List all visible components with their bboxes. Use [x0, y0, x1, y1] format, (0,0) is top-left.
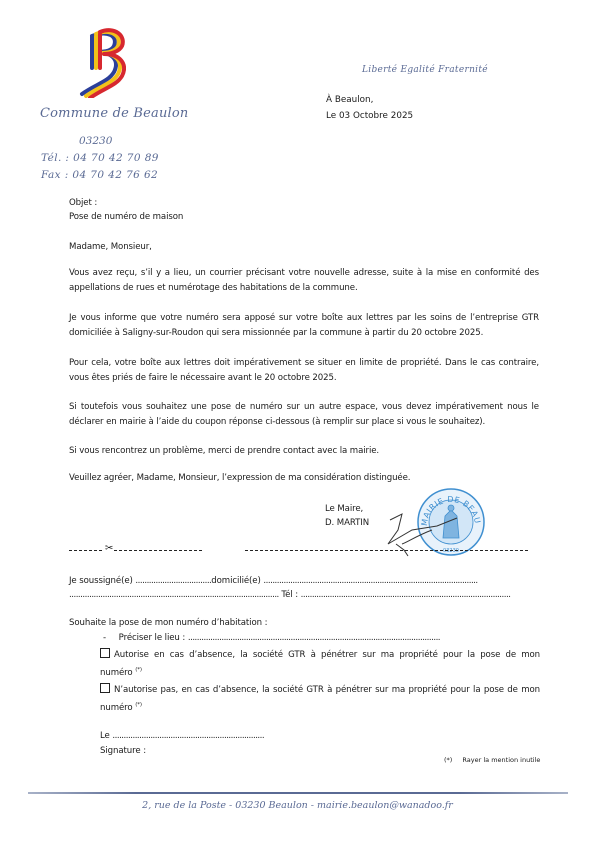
specify-location-line: - Préciser le lieu : ...................… [103, 631, 440, 646]
address-field[interactable]: ........................................… [263, 576, 477, 586]
footnote-marker: (*) [135, 667, 142, 673]
letter-place: À Beaulon, [326, 95, 373, 105]
footer-address: 2, rue de la Poste - 03230 Beaulon - mai… [0, 800, 595, 811]
commune-name: Commune de Beaulon [40, 106, 188, 121]
commune-phone: Tél. : 04 70 42 70 89 [41, 152, 159, 164]
commune-fax: Fax : 04 70 42 76 62 [41, 169, 158, 181]
paragraph-mailbox-requirement: Pour cela, votre boîte aux lettres doit … [69, 356, 539, 386]
location-field[interactable]: ........................................… [188, 633, 440, 643]
authorize-checkbox[interactable] [100, 648, 110, 658]
national-motto: Liberté Egalité Fraternité [362, 65, 488, 75]
coupon-phone-line: ........................................… [69, 588, 524, 603]
refuse-checkbox[interactable] [100, 683, 110, 693]
phone-label: Tél : [281, 590, 298, 600]
commune-postcode: 03230 [79, 135, 112, 147]
paragraph-contact: Si vous rencontrez un problème, merci de… [69, 444, 539, 459]
name-field[interactable]: .................................. [135, 576, 211, 586]
undersigned-label: Je soussigné(e) [69, 576, 133, 586]
paragraph-closing: Veuillez agréer, Madame, Monsieur, l’exp… [69, 471, 539, 486]
salutation: Madame, Monsieur, [69, 240, 152, 255]
scissors-icon: ✂ [104, 543, 114, 554]
footnote-mark: (*) [444, 756, 452, 764]
option-authorize: Autorise en cas d’absence, la société GT… [100, 648, 540, 681]
letter-date: Le 03 Octobre 2025 [326, 111, 413, 121]
bullet: - [103, 633, 106, 643]
phone-field[interactable]: ........................................… [301, 590, 511, 600]
domiciled-label: domicilié(e) [211, 576, 260, 586]
date-field[interactable]: ........................................… [112, 731, 264, 741]
coupon-name-line: Je soussigné(e) ........................… [69, 574, 478, 589]
object-text: Pose de numéro de maison [69, 210, 183, 225]
footer-rule [28, 792, 568, 794]
paragraph-received-letter: Vous avez reçu, s’il y a lieu, un courri… [69, 266, 539, 296]
cut-line-left [69, 550, 202, 551]
address-continued-field[interactable]: ........................................… [69, 590, 279, 600]
authorize-text: Autorise en cas d’absence, la société GT… [100, 650, 540, 678]
date-label: Le [100, 731, 110, 741]
specify-location-label: Préciser le lieu : [119, 633, 186, 643]
date-line: Le .....................................… [100, 729, 264, 744]
paragraph-other-location: Si toutefois vous souhaitez une pose de … [69, 400, 539, 430]
cut-line-right [245, 550, 528, 551]
signature-label: Signature : [100, 744, 146, 759]
wish-heading: Souhaite la pose de mon numéro d’habitat… [69, 616, 267, 631]
footnote: (*) Rayer la mention inutile [444, 756, 540, 764]
refuse-text: N’autorise pas, en cas d’absence, la soc… [100, 685, 540, 713]
commune-logo-icon [78, 28, 126, 98]
footnote-text: Rayer la mention inutile [462, 756, 540, 764]
signatory-name: D. MARTIN [325, 516, 369, 531]
mayor-signature-icon [382, 500, 467, 560]
signatory-title: Le Maire, [325, 502, 363, 517]
paragraph-number-placement: Je vous informe que votre numéro sera ap… [69, 311, 539, 341]
option-refuse: N’autorise pas, en cas d’absence, la soc… [100, 683, 540, 716]
footnote-marker: (*) [135, 702, 142, 708]
object-label: Objet : [69, 196, 97, 211]
